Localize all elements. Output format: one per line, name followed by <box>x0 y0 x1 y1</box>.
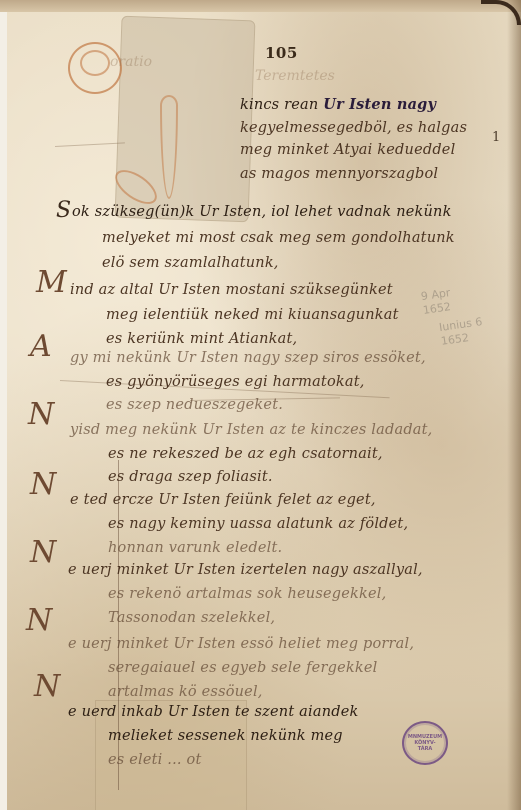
stanza-initial: N <box>30 470 56 500</box>
stanza-initial: S <box>56 200 71 222</box>
flourish-scroll-icon <box>80 50 110 76</box>
text-line: meg minket Atyai kedueddel <box>240 142 455 158</box>
stanza-initial: N <box>30 538 56 568</box>
text-line: e ted ercze Ur Isten feiünk felet az ege… <box>70 492 376 508</box>
library-stamp: MNMUZEUM KÖNYV- TÁRA <box>402 721 448 765</box>
text-line: meg ielentiük neked mi kiuansagunkat <box>106 307 399 323</box>
text-line: kegyelmessegedböl, es halgas <box>240 120 467 136</box>
text-line: es szep nedueszegeket. <box>106 397 283 413</box>
stanza-initial: M <box>36 268 67 298</box>
text-line: es keriünk mint Atiankat, <box>106 331 297 347</box>
text-line: ind az altal Ur Isten mostani szüksegünk… <box>70 282 393 298</box>
text-line: Tassonodan szelekkel, <box>108 610 275 626</box>
margin-number: 1 <box>492 130 500 145</box>
text-line: as magos mennyorszagbol <box>240 166 438 182</box>
text-line: honnan varunk eledelt. <box>108 540 282 556</box>
overwritten-text: Ur Isten nagy <box>323 96 436 113</box>
text-line: melyeket mi most csak meg sem gondolhatu… <box>102 230 455 246</box>
text-line: seregaiauel es egyeb sele fergekkel <box>108 660 377 676</box>
stanza-initial: N <box>26 606 52 636</box>
text-line: elö sem szamlalhatunk, <box>102 255 279 271</box>
text-line: es draga szep foliasit. <box>108 469 273 485</box>
text-line: yisd meg nekünk Ur Isten az te kinczes l… <box>70 422 432 438</box>
text-line: e uerd inkab Ur Isten te szent aiandek <box>68 704 359 720</box>
pencil-note: Iunius 6 1652 <box>438 315 485 349</box>
manuscript-page: oratio Teremtetes 105 1 9 Apr 1652 Iuniu… <box>0 0 521 810</box>
text-line: e uerj minket Ur Isten izertelen nagy as… <box>68 562 423 578</box>
faded-heading: Teremtetes <box>255 68 335 84</box>
binding-strip <box>0 12 7 810</box>
text-line: artalmas kö essöuel, <box>108 684 263 700</box>
page-number: 105 <box>265 44 298 62</box>
faded-heading: oratio <box>110 54 152 70</box>
text-line: es rekenö artalmas sok heusegekkel, <box>108 586 386 602</box>
stanza-initial: N <box>34 672 60 702</box>
text-line: e uerj minket Ur Isten essö heliet meg p… <box>68 636 414 652</box>
text-line: ok szükseg(ün)k Ur Isten, iol lehet vadn… <box>72 204 452 220</box>
text-line: gy mi nekünk Ur Isten nagy szep siros es… <box>70 350 426 366</box>
pencil-note: 9 Apr 1652 <box>420 286 453 318</box>
page-right-edge <box>507 0 521 810</box>
stanza-initial: N <box>28 400 54 430</box>
parchment-crack <box>55 142 125 147</box>
page-top-edge <box>0 0 521 12</box>
text-line: es eleti ... ot <box>108 752 202 768</box>
text-line: es ne rekeszed be az egh csatornait, <box>108 446 383 462</box>
text-line: es nagy keminy uassa alatunk az földet, <box>108 516 408 532</box>
stanza-initial: A <box>30 332 52 362</box>
text-line: melieket sessenek nekünk meg <box>108 728 343 744</box>
text-line: es gyönyörüseges egi harmatokat, <box>106 374 365 390</box>
text-line: kincs rean Ur Isten nagy <box>240 96 436 113</box>
